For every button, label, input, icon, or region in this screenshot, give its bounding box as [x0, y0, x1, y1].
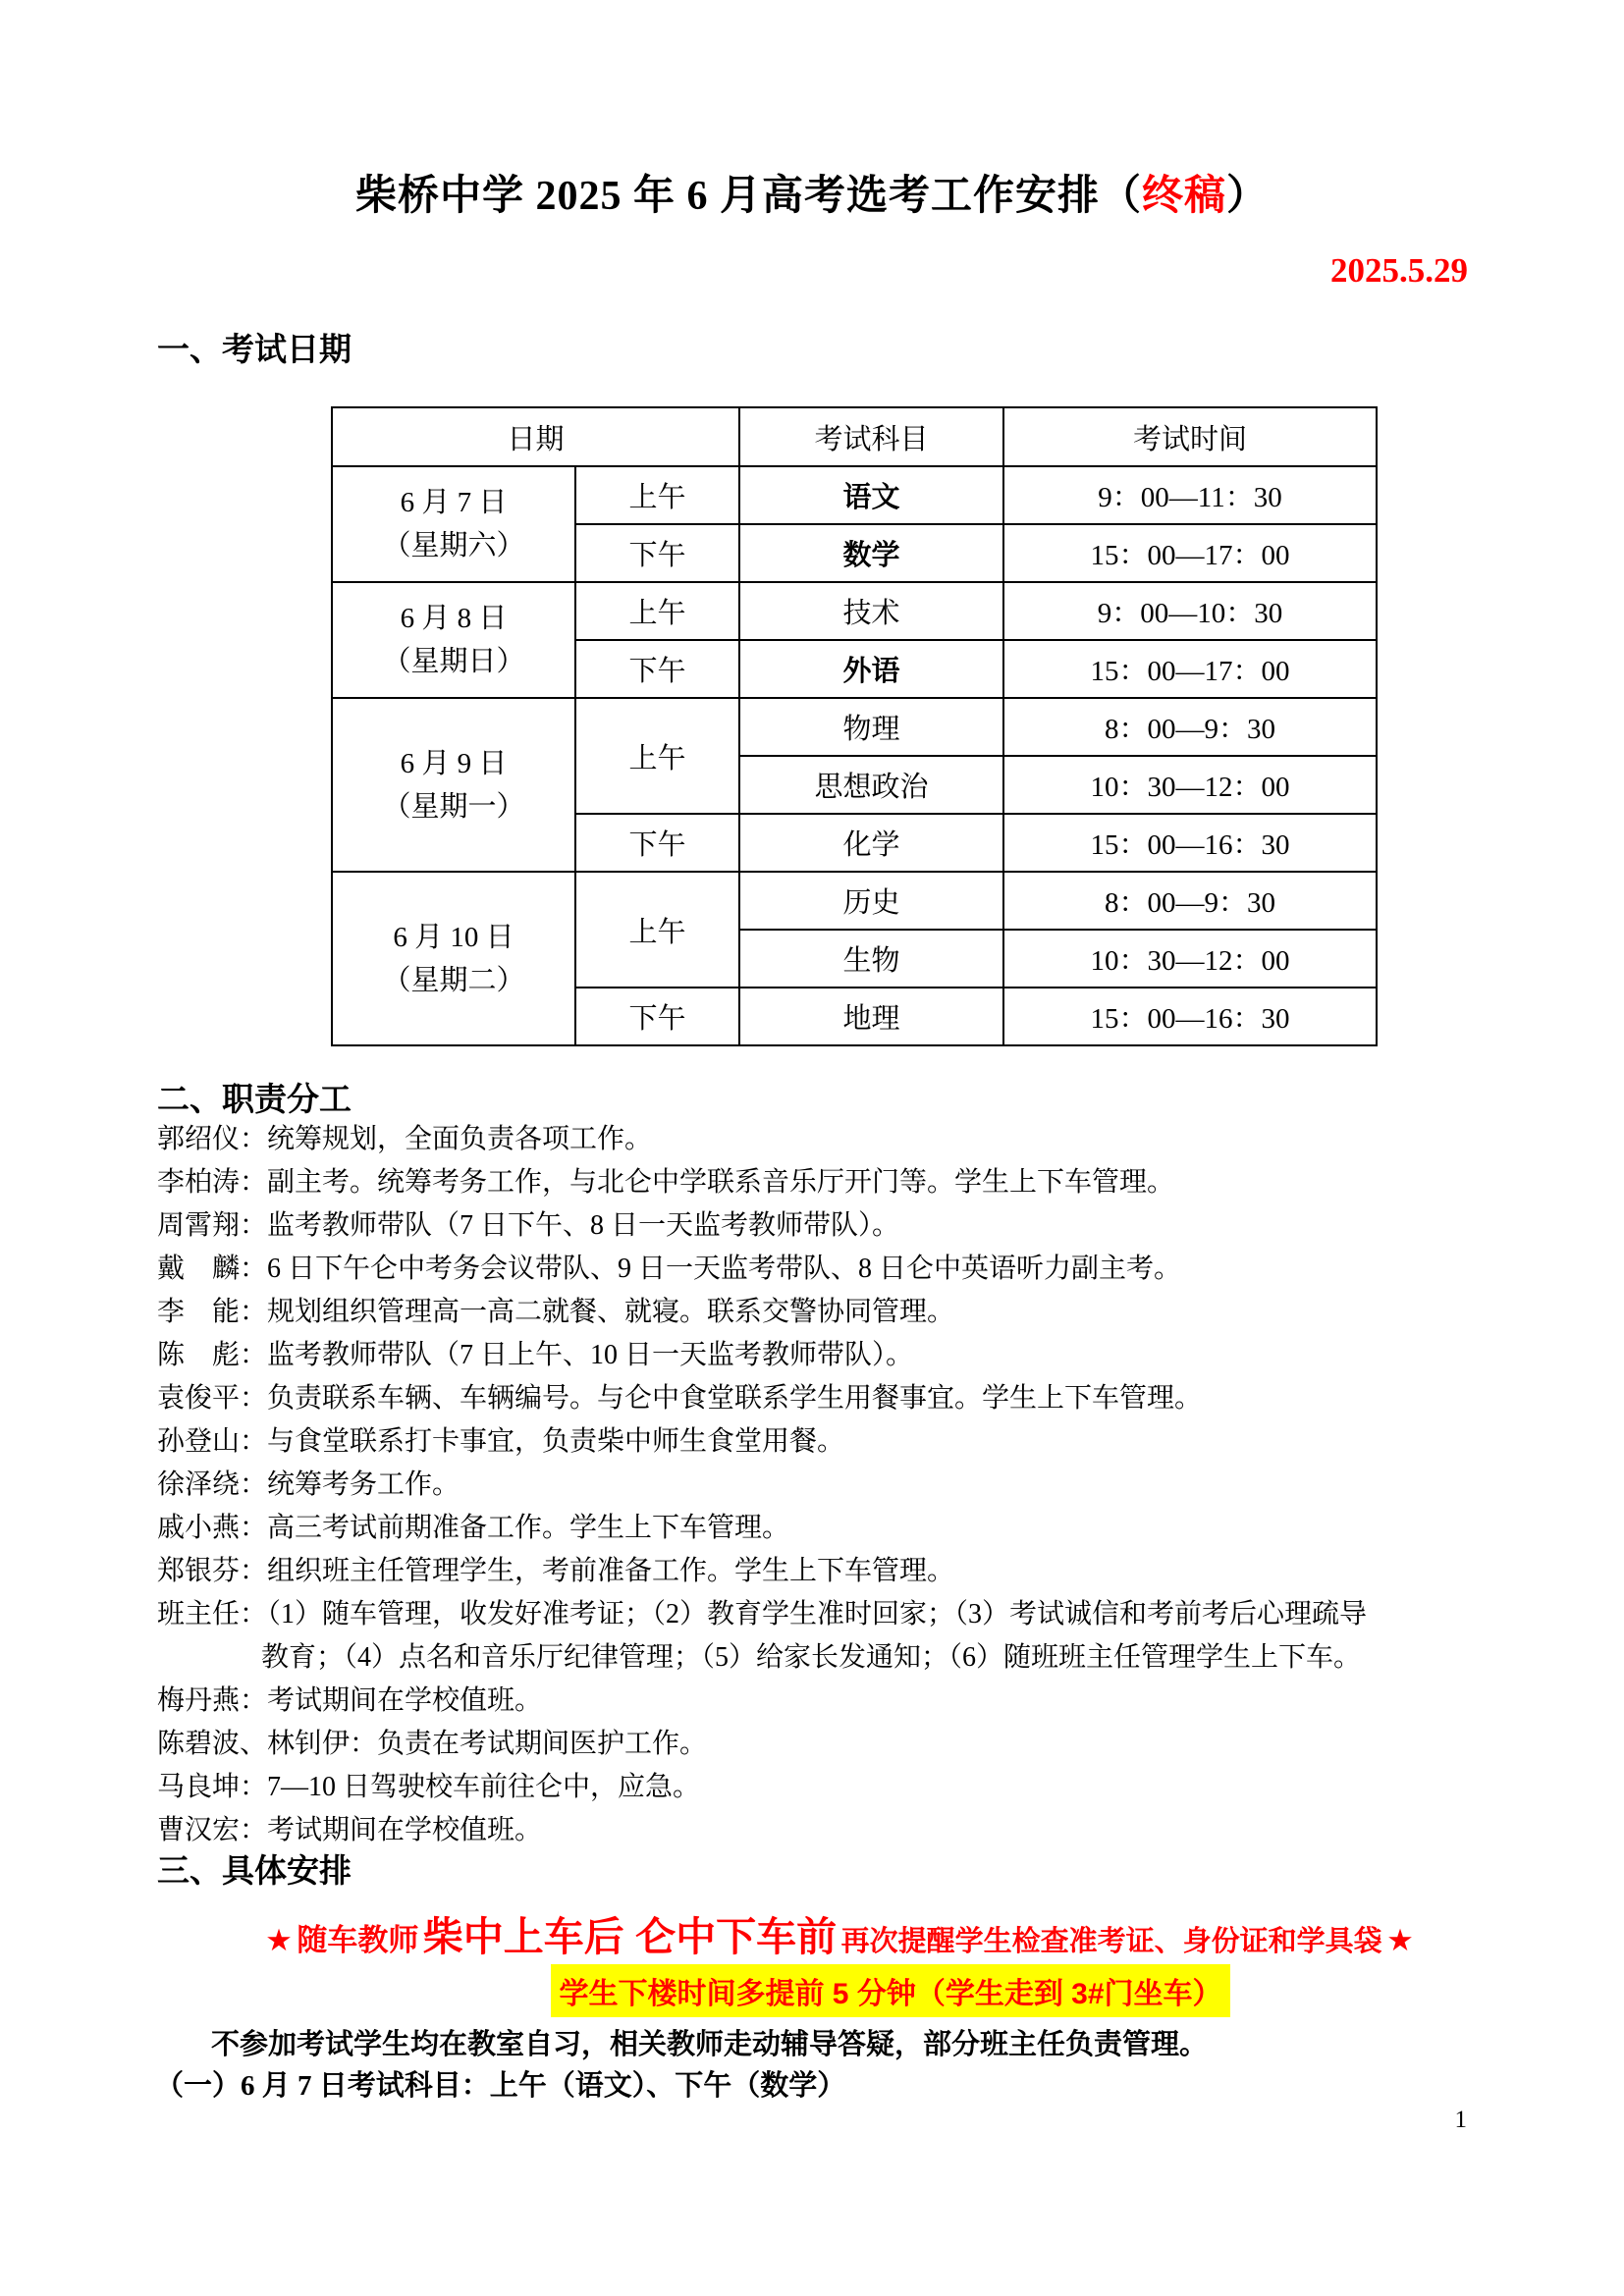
subject-cell: 化学 — [739, 814, 1003, 872]
document-page: 柴桥中学 2025 年 6 月高考选考工作安排（终稿） 2025.5.29 一、… — [0, 0, 1624, 2296]
time-cell: 15：00—17：00 — [1003, 524, 1377, 582]
date-cell: 6 月 7 日（星期六） — [332, 466, 575, 582]
table-header-row: 日期 考试科目 考试时间 — [332, 407, 1377, 466]
date-line1: 6 月 9 日 — [339, 742, 568, 785]
notice-emphasis: 柴中上车后 仑中下车前 — [423, 1914, 837, 1959]
subsection-1-line: （一）6 月 7 日考试科目：上午（语文）、下午（数学） — [155, 2063, 845, 2104]
date-line2: （星期一） — [339, 785, 568, 828]
doc-title-paren-close: ） — [1226, 174, 1269, 219]
subject-cell: 外语 — [739, 640, 1003, 698]
duty-item: 梅丹燕：考试期间在学校值班。 — [157, 1680, 1477, 1723]
date-line1: 6 月 8 日 — [339, 597, 568, 640]
time-cell: 10：30—12：00 — [1003, 930, 1377, 988]
notice-label: 随车教师 — [297, 1923, 418, 1957]
time-cell: 9：00—11：30 — [1003, 466, 1377, 524]
subject-cell: 物理 — [739, 698, 1003, 756]
duty-item: 郭绍仪：统筹规划，全面负责各项工作。 — [157, 1118, 1477, 1161]
table-row: 6 月 10 日（星期二） 上午 历史 8：00—9：30 — [332, 872, 1377, 930]
date-cell: 6 月 8 日（星期日） — [332, 582, 575, 698]
doc-title: 柴桥中学 2025 年 6 月高考选考工作安排（终稿） — [0, 163, 1624, 222]
time-cell: 15：00—17：00 — [1003, 640, 1377, 698]
table-row: 6 月 7 日（星期六） 上午 语文 9：00—11：30 — [332, 466, 1377, 524]
col-header-time: 考试时间 — [1003, 407, 1377, 466]
page-number: 1 — [1455, 2107, 1468, 2134]
col-header-subject: 考试科目 — [739, 407, 1003, 466]
session-cell: 下午 — [575, 640, 739, 698]
session-cell: 上午 — [575, 582, 739, 640]
subject-cell: 生物 — [739, 930, 1003, 988]
subject-cell: 语文 — [739, 466, 1003, 524]
star-icon: ★ — [265, 1923, 293, 1957]
subject-cell: 地理 — [739, 988, 1003, 1045]
date-cell: 6 月 9 日（星期一） — [332, 698, 575, 872]
date-line2: （星期六） — [339, 524, 568, 567]
highlight-note: 学生下楼时间多提前 5 分钟（学生走到 3#门坐车） — [551, 1964, 1229, 2017]
duty-item: 陈碧波、林钊伊：负责在考试期间医护工作。 — [157, 1723, 1477, 1766]
duty-item: 郑银芬：组织班主任管理学生，考前准备工作。学生上下车管理。 — [157, 1550, 1477, 1593]
date-cell: 6 月 10 日（星期二） — [332, 872, 575, 1045]
table-row: 6 月 8 日（星期日） 上午 技术 9：00—10：30 — [332, 582, 1377, 640]
session-cell: 上午 — [575, 872, 739, 988]
duty-item: 马良坤：7—10 日驾驶校车前往仑中，应急。 — [157, 1766, 1477, 1809]
duty-item: 戚小燕：高三考试前期准备工作。学生上下车管理。 — [157, 1507, 1477, 1550]
time-cell: 9：00—10：30 — [1003, 582, 1377, 640]
highlight-row: 学生下楼时间多提前 5 分钟（学生走到 3#门坐车） — [0, 1964, 1624, 2017]
duty-item: 周霄翔：监考教师带队（7 日下午、8 日一天监考教师带队）。 — [157, 1204, 1477, 1248]
col-header-date: 日期 — [332, 407, 739, 466]
section-2-heading: 二、职责分工 — [157, 1074, 352, 1120]
doc-title-main: 柴桥中学 2025 年 6 月高考选考工作安排 — [355, 174, 1100, 219]
date-line2: （星期日） — [339, 640, 568, 683]
time-cell: 15：00—16：30 — [1003, 814, 1377, 872]
session-cell: 上午 — [575, 698, 739, 814]
table-row: 6 月 9 日（星期一） 上午 物理 8：00—9：30 — [332, 698, 1377, 756]
duty-item: 孙登山：与食堂联系打卡事宜，负责柴中师生食堂用餐。 — [157, 1420, 1477, 1464]
subject-cell: 技术 — [739, 582, 1003, 640]
star-icon: ★ — [1386, 1923, 1414, 1957]
time-cell: 15：00—16：30 — [1003, 988, 1377, 1045]
date-line1: 6 月 10 日 — [339, 916, 568, 959]
duty-list: 郭绍仪：统筹规划，全面负责各项工作。 李柏涛：副主考。统筹考务工作，与北仑中学联… — [157, 1118, 1477, 1852]
time-cell: 8：00—9：30 — [1003, 698, 1377, 756]
exam-schedule-table: 日期 考试科目 考试时间 6 月 7 日（星期六） 上午 语文 9：00—11：… — [331, 406, 1378, 1046]
bus-teacher-notice: ★ 随车教师 柴中上车后 仑中下车前 再次提醒学生检查准考证、身份证和学具袋 ★ — [27, 1904, 1624, 1962]
session-cell: 下午 — [575, 814, 739, 872]
session-cell: 下午 — [575, 524, 739, 582]
time-cell: 10：30—12：00 — [1003, 756, 1377, 814]
duty-item: 李 能：规划组织管理高一高二就餐、就寝。联系交警协同管理。 — [157, 1291, 1477, 1334]
duty-item-continued: 教育；（4）点名和音乐厅纪律管理；（5）给家长发通知；（6）随班班主任管理学生上… — [157, 1636, 1477, 1680]
duty-item: 陈 彪：监考教师带队（7 日上午、10 日一天监考教师带队）。 — [157, 1334, 1477, 1377]
doc-date: 2025.5.29 — [1330, 251, 1468, 291]
date-line2: （星期二） — [339, 959, 568, 1002]
doc-title-paren-open: （ — [1100, 174, 1142, 219]
duty-item: 曹汉宏：考试期间在学校值班。 — [157, 1809, 1477, 1852]
time-cell: 8：00—9：30 — [1003, 872, 1377, 930]
self-study-note: 不参加考试学生均在教室自习，相关教师走动辅导答疑，部分班主任负责管理。 — [211, 2022, 1208, 2062]
section-3-heading: 三、具体安排 — [157, 1845, 352, 1892]
doc-title-draft-label: 终稿 — [1142, 174, 1226, 219]
subject-cell: 思想政治 — [739, 756, 1003, 814]
duty-item: 班主任：（1）随车管理，收发好准考证；（2）教育学生准时回家；（3）考试诚信和考… — [157, 1593, 1477, 1636]
duty-item: 戴 麟：6 日下午仑中考务会议带队、9 日一天监考带队、8 日仑中英语听力副主考… — [157, 1248, 1477, 1291]
duty-item: 徐泽绕：统筹考务工作。 — [157, 1464, 1477, 1507]
duty-item: 袁俊平：负责联系车辆、车辆编号。与仑中食堂联系学生用餐事宜。学生上下车管理。 — [157, 1377, 1477, 1420]
section-1-heading: 一、考试日期 — [157, 324, 352, 370]
session-cell: 上午 — [575, 466, 739, 524]
date-line1: 6 月 7 日 — [339, 481, 568, 524]
session-cell: 下午 — [575, 988, 739, 1045]
subject-cell: 历史 — [739, 872, 1003, 930]
notice-detail: 再次提醒学生检查准考证、身份证和学具袋 — [841, 1926, 1382, 1957]
duty-item: 李柏涛：副主考。统筹考务工作，与北仑中学联系音乐厅开门等。学生上下车管理。 — [157, 1161, 1477, 1204]
subject-cell: 数学 — [739, 524, 1003, 582]
